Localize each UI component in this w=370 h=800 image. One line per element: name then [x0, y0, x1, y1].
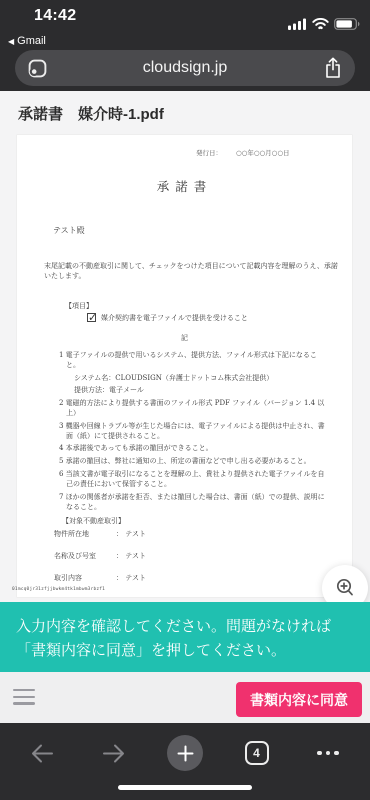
url-text: cloudsign.jp: [48, 59, 322, 77]
checked-item-label: 媒介契約書を電子ファイルで提供を受けること: [101, 313, 248, 323]
menu-icon[interactable]: [13, 689, 35, 705]
clause: 4 本承諾後であっても承諾の撤回ができること。: [59, 443, 330, 453]
action-toolbar: 書類内容に同意: [0, 672, 370, 723]
field-separator: ：: [116, 551, 123, 561]
web-content: 承諾書 媒介時-1.pdf 発行日： ○○年○○月○○日 承諾書 テスト殿 末尾…: [0, 91, 370, 597]
clause: 提供方法：電子メール: [74, 385, 330, 395]
agree-button[interactable]: 書類内容に同意: [236, 682, 362, 717]
clause: 1 電子ファイルの提供で用いるシステム、提供方法、ファイル形式は下記になること。: [59, 350, 330, 370]
closing-text: 以上: [31, 596, 288, 597]
field-value: テスト: [125, 573, 146, 583]
clause: 3 機器や回線トラブル等が生じた場合には、電子ファイルによる提供は中止され、書面…: [59, 421, 330, 441]
document-title: 承諾書: [31, 178, 338, 196]
share-icon[interactable]: [322, 57, 344, 79]
plus-icon: [167, 735, 203, 771]
more-menu-button[interactable]: [308, 733, 348, 773]
field-separator: ：: [116, 529, 123, 539]
back-to-app-button[interactable]: ◀ Gmail: [8, 35, 46, 47]
document-id: 01mcq0jr31zfjjbwkm4tk1mbwm3rbzf1: [12, 587, 105, 592]
checked-item-row: ✓ 媒介契約書を電子ファイルで提供を受けること: [87, 313, 338, 323]
field-separator: ：: [116, 573, 123, 583]
signal-icon: [288, 17, 307, 35]
field-row: 物件所在地 ： テスト: [54, 529, 338, 539]
field-value: テスト: [125, 529, 146, 539]
browser-nav-bar: 4: [0, 723, 370, 800]
back-button[interactable]: [22, 733, 62, 773]
issue-date-label: 発行日：: [196, 149, 222, 158]
checkbox-checked-icon: ✓: [87, 313, 96, 322]
clause: 6 当該文書が電子取引になることを理解の上、貴社より提供された電子ファイルを自己…: [59, 469, 330, 489]
instruction-banner: 入力内容を確認してください。問題がなければ「書類内容に同意」を押してください。: [0, 602, 370, 672]
lens-scan-icon[interactable]: [26, 59, 48, 78]
clause: 2 電磁的方法により提供する書面のファイル形式 PDF ファイル（バージョン 1…: [59, 398, 330, 418]
intro-paragraph: 末尾記載の不動産取引に関して、チェックをつけた項目について記載内容を理解のうえ、…: [44, 261, 338, 281]
target-heading: 【対象不動産取引】: [62, 516, 338, 526]
browser-chrome: 14:42 ◀ Gmail: [0, 0, 370, 91]
clause: システム名：CLOUDSIGN（弁護士ドットコム株式会社提供）: [74, 373, 330, 383]
tab-count-badge: 4: [245, 741, 269, 765]
ellipsis-icon: [317, 751, 339, 756]
back-triangle-icon: ◀: [8, 37, 14, 46]
new-tab-button[interactable]: [165, 733, 205, 773]
forward-button[interactable]: [94, 733, 134, 773]
field-label: 名称及び号室: [54, 551, 116, 561]
clause-list: 1 電子ファイルの提供で用いるシステム、提供方法、ファイル形式は下記になること。…: [59, 350, 330, 512]
home-indicator[interactable]: [118, 785, 252, 790]
field-row: 取引内容 ： テスト: [54, 573, 338, 583]
field-value: テスト: [125, 551, 146, 561]
clock: 14:42: [34, 7, 76, 25]
battery-icon: [334, 17, 360, 35]
addressee: テスト殿: [53, 225, 338, 237]
record-heading: 記: [31, 333, 338, 343]
status-bar: 14:42 ◀ Gmail: [0, 0, 370, 50]
back-app-label: Gmail: [17, 35, 46, 47]
field-label: 物件所在地: [54, 529, 116, 539]
field-row: 名称及び号室 ： テスト: [54, 551, 338, 561]
clause: 7 ほかの関係者が承諾を拒否、または撤回した場合は、書面（紙）での提供、説明にな…: [59, 492, 330, 512]
pdf-file-title: 承諾書 媒介時-1.pdf: [18, 103, 370, 124]
document-preview[interactable]: 発行日： ○○年○○月○○日 承諾書 テスト殿 末尾記載の不動産取引に関して、チ…: [17, 135, 352, 597]
issue-date-row: 発行日： ○○年○○月○○日: [196, 149, 338, 158]
instruction-text: 入力内容を確認してください。問題がなければ「書類内容に同意」を押してください。: [16, 618, 331, 659]
tab-switcher-button[interactable]: 4: [237, 733, 277, 773]
wifi-icon: [312, 17, 329, 35]
issue-date-value: ○○年○○月○○日: [236, 149, 290, 158]
items-heading: 【項目】: [65, 301, 338, 311]
clause: 5 承諾の撤回は、弊社に通知の上、所定の書面などで申し出る必要があること。: [59, 456, 330, 466]
url-bar[interactable]: cloudsign.jp: [15, 50, 355, 86]
field-label: 取引内容: [54, 573, 116, 583]
